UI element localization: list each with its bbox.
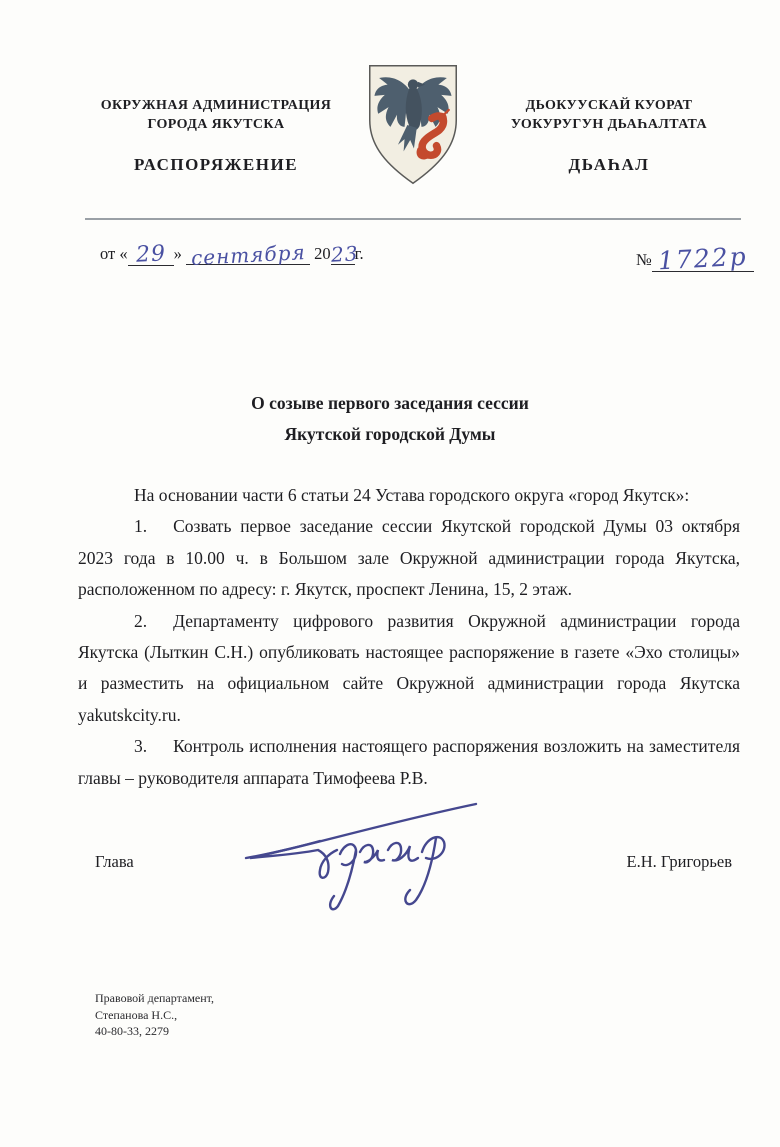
doc-type-yakut: ДЬАҺАЛ [478, 155, 740, 175]
item-1-text: Созвать первое заседание сессии Якутской… [78, 516, 740, 599]
document-number-field: №1722р [636, 242, 754, 272]
date-year-printed: 20 [314, 244, 331, 263]
org-name-russian: ОКРУЖНАЯ АДМИНИСТРАЦИЯ ГОРОДА ЯКУТСКА [88, 96, 344, 134]
footer-line-phone: 40-80-33, 2279 [95, 1023, 214, 1040]
body-intro-paragraph: На основании части 6 статьи 24 Устава го… [78, 480, 740, 511]
title-line1: О созыве первого заседания сессии [251, 393, 529, 413]
org-name-line1: ОКРУЖНАЯ АДМИНИСТРАЦИЯ [101, 98, 332, 113]
date-month-handwritten: сентября [190, 240, 306, 270]
body-item-2: 2.Департаменту цифрового развития Окружн… [78, 606, 740, 732]
footer-line-executor: Степанова Н.С., [95, 1007, 214, 1024]
document-page: ОКРУЖНАЯ АДМИНИСТРАЦИЯ ГОРОДА ЯКУТСКА РА… [0, 0, 780, 1147]
item-3-text: Контроль исполнения настоящего распоряже… [78, 736, 740, 787]
date-number-line: от «29» сентября 2023г. №1722р [0, 232, 780, 280]
footer-line-department: Правовой департамент, [95, 990, 214, 1007]
item-2-text: Департаменту цифрового развития Окружной… [78, 611, 740, 725]
number-sign: № [636, 250, 652, 269]
document-body: На основании части 6 статьи 24 Устава го… [78, 480, 740, 794]
body-item-1: 1.Созвать первое заседание сессии Якутск… [78, 511, 740, 605]
org-name-yakut-line1: ДЬОКУУСКАЙ КУОРАТ [526, 98, 693, 113]
doc-type-russian: РАСПОРЯЖЕНИЕ [88, 155, 344, 175]
org-name-line2: ГОРОДА ЯКУТСКА [148, 117, 285, 132]
date-close-quote: » [174, 244, 182, 263]
date-year-blank: 23 [331, 240, 355, 265]
number-handwritten: 1722р [657, 242, 748, 276]
letterhead-left-block: ОКРУЖНАЯ АДМИНИСТРАЦИЯ ГОРОДА ЯКУТСКА РА… [88, 96, 344, 175]
body-item-3: 3.Контроль исполнения настоящего распоря… [78, 731, 740, 794]
date-day-handwritten: 29 [135, 241, 166, 268]
date-year-handwritten: 23 [330, 241, 359, 266]
date-month-blank: сентября [186, 240, 310, 265]
item-2-number: 2. [134, 611, 147, 631]
letterhead-right-block: ДЬОКУУСКАЙ КУОРАТ УОКУРУГУН ДЬАҺАЛТАТА Д… [478, 96, 740, 175]
signer-name: Е.Н. Григорьев [627, 852, 732, 872]
document-title: О созыве первого заседания сессии Якутск… [0, 388, 780, 450]
org-name-yakut-line2: УОКУРУГУН ДЬАҺАЛТАТА [511, 117, 707, 132]
letterhead: ОКРУЖНАЯ АДМИНИСТРАЦИЯ ГОРОДА ЯКУТСКА РА… [0, 58, 780, 208]
handwritten-signature-icon [240, 792, 480, 922]
title-line2: Якутской городской Думы [285, 424, 496, 444]
date-field: от «29» сентября 2023г. [100, 240, 364, 266]
item-3-number: 3. [134, 736, 147, 756]
item-1-number: 1. [134, 516, 147, 536]
yakutsk-coat-of-arms-icon [366, 60, 460, 190]
horizontal-rule [85, 218, 741, 220]
signature-block: Глава Е.Н. Григорьев [0, 788, 780, 948]
date-day-blank: 29 [128, 240, 174, 266]
date-prefix: от « [100, 244, 128, 263]
number-blank: 1722р [652, 242, 754, 272]
signer-position-label: Глава [95, 852, 134, 872]
org-name-yakut: ДЬОКУУСКАЙ КУОРАТ УОКУРУГУН ДЬАҺАЛТАТА [478, 96, 740, 134]
executor-footnote: Правовой департамент, Степанова Н.С., 40… [95, 990, 214, 1040]
